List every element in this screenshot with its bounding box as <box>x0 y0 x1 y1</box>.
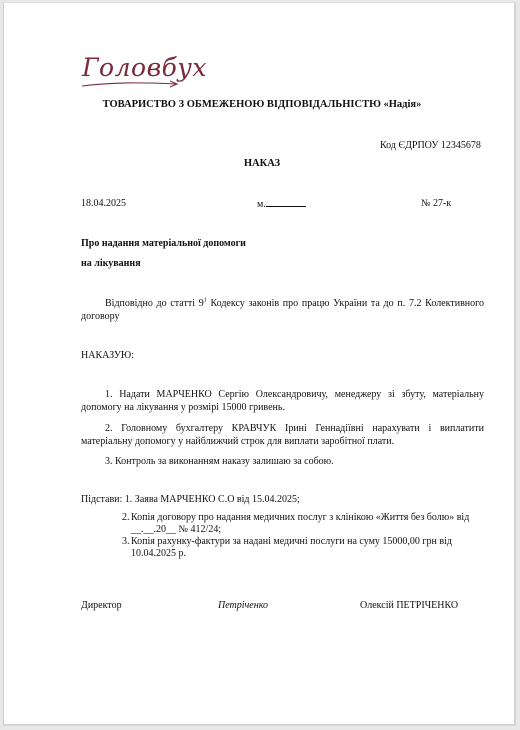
order-item: 2. Головному бухгалтеру КРАВЧУК Ірині Ге… <box>81 422 484 448</box>
basis-text-start: Відповідно до статті 9 <box>105 298 204 309</box>
city-blank <box>266 198 306 207</box>
order-date: 18.04.2025 <box>81 198 126 209</box>
grounds-label: Підстави: 1. Заява МАРЧЕНКО С.О від 15.0… <box>81 494 300 505</box>
order-item: 1. Надати МАРЧЕНКО Сергію Олександровичу… <box>81 388 484 414</box>
grounds-item-text: Копія договору про надання медичних посл… <box>131 512 469 535</box>
subject-line-1: Про надання матеріальної допомоги <box>81 238 246 249</box>
order-number: № 27-к <box>421 198 451 209</box>
signature-handwritten: Петрiченко <box>218 600 268 611</box>
company-name: ТОВАРИСТВО З ОБМЕЖЕНОЮ ВІДПОВІДАЛЬНІСТЮ … <box>4 99 520 110</box>
order-label: НАКАЗУЮ: <box>81 350 134 361</box>
grounds-item-text: Копія рахунку-фактури за надані медичні … <box>131 536 452 559</box>
logo-swoosh-icon <box>80 75 180 89</box>
grounds-item-number: 3. <box>122 536 130 548</box>
document-title: НАКАЗ <box>4 158 520 169</box>
logo: Головбух <box>80 53 180 93</box>
order-item: 3. Контроль за виконанням наказу залишаю… <box>81 455 484 468</box>
grounds-item: 3. Копія рахунку-фактури за надані медич… <box>122 536 484 560</box>
document-page: Головбух ТОВАРИСТВО З ОБМЕЖЕНОЮ ВІДПОВІД… <box>3 2 516 726</box>
grounds-list: 2. Копія договору про надання медичних п… <box>122 512 484 560</box>
edrpou-code: Код ЄДРПОУ 12345678 <box>380 140 481 151</box>
signature-name: Олексій ПЕТРІЧЕНКО <box>360 600 458 611</box>
legal-basis-paragraph: Відповідно до статті 91 Кодексу законів … <box>81 297 484 323</box>
subject-line-2: на лікування <box>81 258 141 269</box>
grounds-item-number: 2. <box>122 512 130 524</box>
grounds-item: 2. Копія договору про надання медичних п… <box>122 512 484 536</box>
signature-role: Директор <box>81 600 122 611</box>
city-prefix: м. <box>257 199 266 210</box>
order-city: м. <box>257 198 306 210</box>
